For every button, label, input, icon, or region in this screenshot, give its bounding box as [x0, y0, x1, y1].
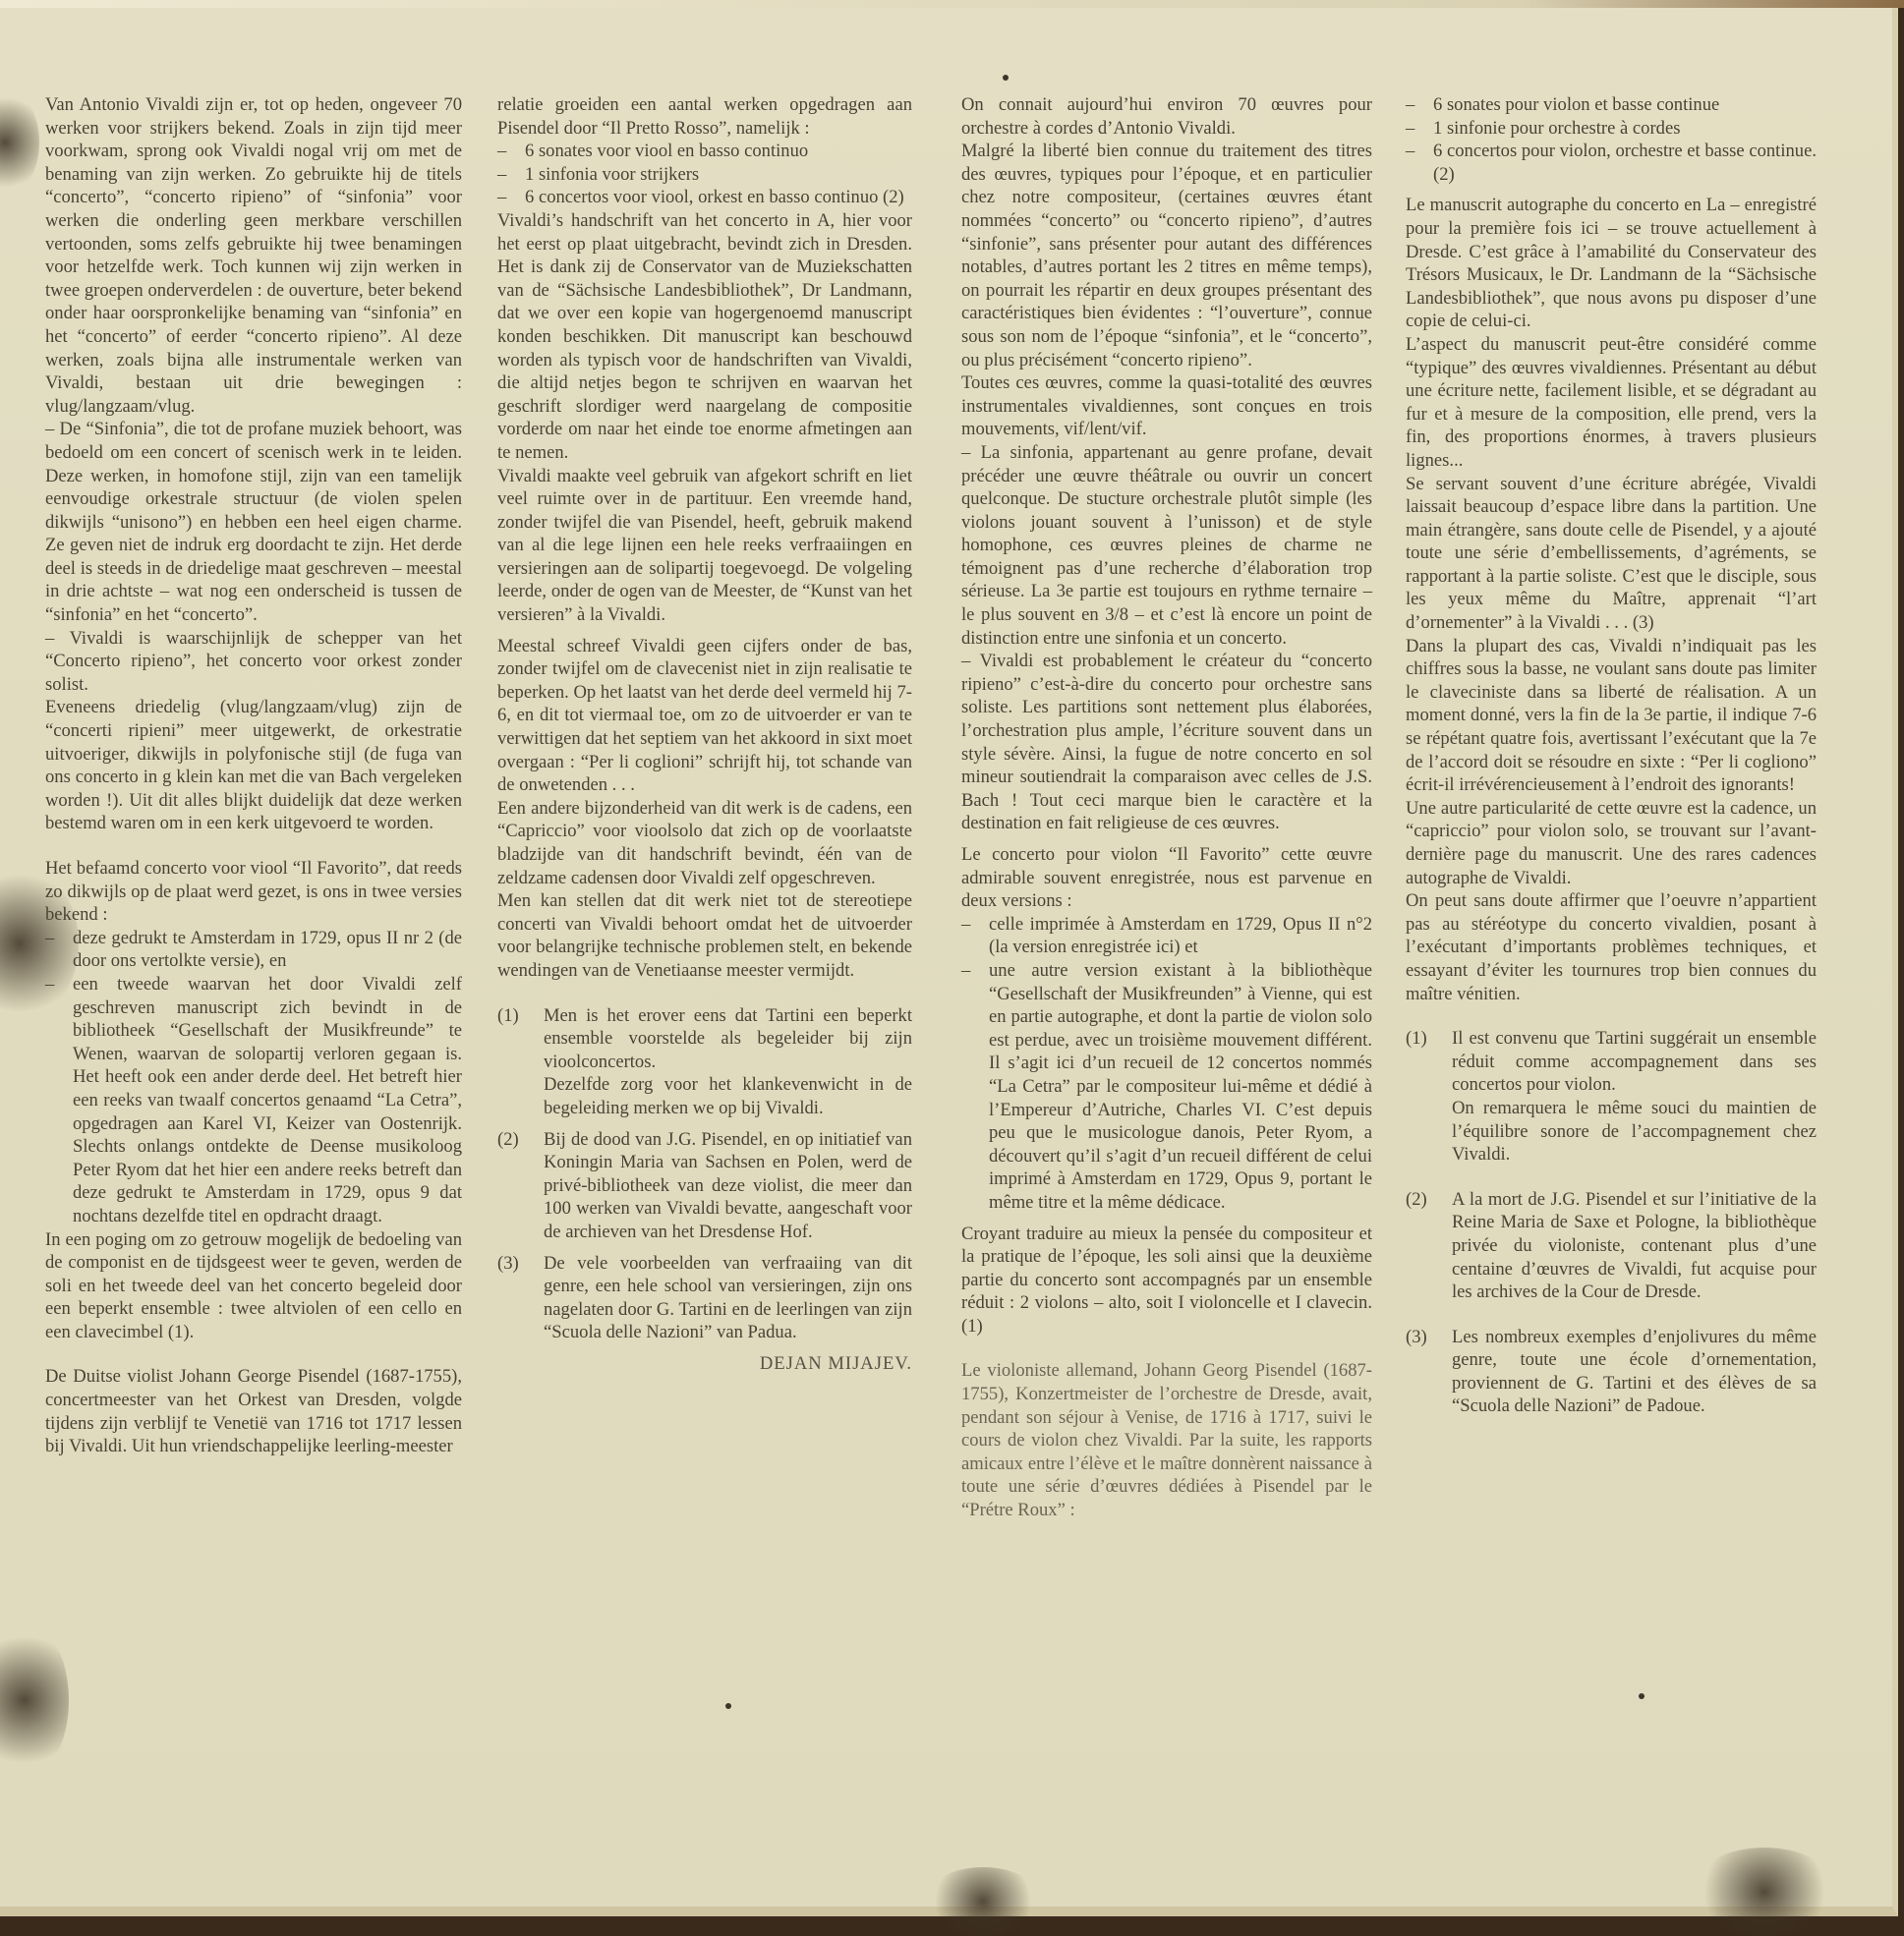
- paragraph: De Duitse violist Johann George Pisendel…: [45, 1365, 462, 1457]
- footnote-number: (3): [1406, 1326, 1427, 1349]
- paragraph: Eveneens driedelig (vlug/langzaam/vlug) …: [45, 696, 462, 835]
- list-item: une autre version existant à la biblioth…: [961, 959, 1372, 1215]
- thumb-shadow-left-bottom: [0, 1622, 69, 1779]
- spacer: [497, 983, 912, 1004]
- spacer: [497, 627, 912, 635]
- paragraph: Le violoniste allemand, Johann Georg Pis…: [961, 1359, 1372, 1521]
- paragraph: Le manuscrit autographe du concerto en L…: [1406, 194, 1817, 333]
- print-dot: [1639, 1693, 1644, 1699]
- paragraph: Het befaamd concerto voor viool “Il Favo…: [45, 857, 462, 927]
- column-french-1: On connait aujourd’hui environ 70 œuvres…: [961, 93, 1372, 1522]
- footnote: (1)Men is het erover eens dat Tartini ee…: [497, 1004, 912, 1120]
- paragraph: Meestal schreef Vivaldi geen cijfers ond…: [497, 635, 912, 797]
- paragraph: relatie groeiden een aantal werken opged…: [497, 93, 912, 140]
- list-item: 6 concertos voor viool, orkest en basso …: [497, 186, 912, 209]
- paragraph: On connait aujourd’hui environ 70 œuvres…: [961, 93, 1372, 140]
- list-item: 1 sinfonie pour orchestre à cordes: [1406, 117, 1817, 141]
- footnote-text: On remarquera le même souci du maintien …: [1452, 1097, 1817, 1167]
- paragraph: Een andere bijzonderheid van dit werk is…: [497, 797, 912, 889]
- paragraph: – La sinfonia, appartenant au genre prof…: [961, 441, 1372, 650]
- paragraph: Vivaldi’s handschrift van het concerto i…: [497, 209, 912, 465]
- paragraph: – Vivaldi is waarschijnlijk de schepper …: [45, 627, 462, 697]
- paragraph: Malgré la liberté bien connue du traitem…: [961, 140, 1372, 371]
- spacer: [45, 835, 462, 857]
- thumb-shadow-left-top: [0, 88, 39, 197]
- paragraph: L’aspect du manuscrit peut-être considér…: [1406, 333, 1817, 473]
- paragraph: Men kan stellen dat dit werk niet tot de…: [497, 889, 912, 982]
- paragraph: Vivaldi maakte veel gebruik van afgekort…: [497, 465, 912, 627]
- spacer: [1406, 186, 1817, 194]
- print-dot: [725, 1703, 731, 1709]
- footnote-text: De vele voorbeelden van verfraaiing van …: [544, 1252, 912, 1344]
- footnote-number: (1): [497, 1004, 519, 1028]
- spacer: [961, 835, 1372, 843]
- paragraph: Se servant souvent d’une écriture abrégé…: [1406, 473, 1817, 635]
- spacer: [1406, 1304, 1817, 1326]
- document-page: Van Antonio Vivaldi zijn er, tot op hede…: [0, 0, 1898, 1916]
- paragraph: Dans la plupart des cas, Vivaldi n’indiq…: [1406, 635, 1817, 797]
- spacer: [497, 1244, 912, 1252]
- column-dutch-2: relatie groeiden een aantal werken opged…: [497, 93, 912, 1375]
- footnote-number: (1): [1406, 1027, 1427, 1051]
- footnote-text: A la mort de J.G. Pisendel et sur l’init…: [1452, 1188, 1817, 1304]
- list-item: deze gedrukt te Amsterdam in 1729, opus …: [45, 927, 462, 973]
- footnote-text: Men is het erover eens dat Tartini een b…: [544, 1004, 912, 1074]
- paragraph: In een poging om zo getrouw mogelijk de …: [45, 1228, 462, 1344]
- footnote-number: (2): [1406, 1188, 1427, 1212]
- spacer: [497, 1120, 912, 1128]
- list-item: 6 sonates voor viool en basso continuo: [497, 140, 912, 163]
- list-item: 6 sonates pour violon et basse continue: [1406, 93, 1817, 117]
- footnote: (2)A la mort de J.G. Pisendel et sur l’i…: [1406, 1188, 1817, 1304]
- footnote: (3)Les nombreux exemples d’enjolivures d…: [1406, 1326, 1817, 1418]
- paragraph: Croyant traduire au mieux la pensée du c…: [961, 1223, 1372, 1338]
- author-signature: DEJAN MIJAJEV.: [497, 1352, 912, 1376]
- spacer: [961, 1215, 1372, 1223]
- paragraph: Le concerto pour violon “Il Favorito” ce…: [961, 843, 1372, 913]
- paragraph: Toutes ces œuvres, comme la quasi-totali…: [961, 371, 1372, 441]
- paragraph: On peut sans doute affirmer que l’oeuvre…: [1406, 889, 1817, 1005]
- spacer: [1406, 1005, 1817, 1027]
- column-dutch-1: Van Antonio Vivaldi zijn er, tot op hede…: [45, 93, 462, 1458]
- thumb-shadow-bottom-2: [1691, 1848, 1838, 1919]
- footnote-text: Les nombreux exemples d’enjolivures du m…: [1452, 1326, 1817, 1418]
- thumb-shadow-bottom-1: [924, 1867, 1042, 1919]
- footnote-number: (2): [497, 1128, 519, 1152]
- page-top-edge: [0, 0, 1904, 8]
- footnote: (1)Il est convenu que Tartini suggérait …: [1406, 1027, 1817, 1167]
- list-item: 6 concertos pour violon, orchestre et ba…: [1406, 140, 1817, 186]
- spacer: [1406, 1167, 1817, 1188]
- footnote-text: Il est convenu que Tartini suggérait un …: [1452, 1027, 1817, 1097]
- footnote-text: Bij de dood van J.G. Pisendel, en op ini…: [544, 1128, 912, 1244]
- spacer: [497, 1344, 912, 1352]
- column-french-2: 6 sonates pour violon et basse continue1…: [1406, 93, 1817, 1418]
- paragraph: – Vivaldi est probablement le créateur d…: [961, 650, 1372, 835]
- print-dot: [1003, 75, 1009, 81]
- paragraph: Van Antonio Vivaldi zijn er, tot op hede…: [45, 93, 462, 418]
- paragraph: Une autre particularité de cette œuvre e…: [1406, 797, 1817, 889]
- list-item: een tweede waarvan het door Vivaldi zelf…: [45, 973, 462, 1228]
- list-item: 1 sinfonia voor strijkers: [497, 163, 912, 187]
- footnote-number: (3): [497, 1252, 519, 1276]
- footnote-text: Dezelfde zorg voor het klankevenwicht in…: [544, 1073, 912, 1119]
- list-item: celle imprimée à Amsterdam en 1729, Opus…: [961, 913, 1372, 959]
- spacer: [961, 1338, 1372, 1359]
- spacer: [45, 1343, 462, 1365]
- footnote: (3)De vele voorbeelden van verfraaiing v…: [497, 1252, 912, 1344]
- paragraph: – De “Sinfonia”, die tot de profane muzi…: [45, 418, 462, 626]
- footnote: (2)Bij de dood van J.G. Pisendel, en op …: [497, 1128, 912, 1244]
